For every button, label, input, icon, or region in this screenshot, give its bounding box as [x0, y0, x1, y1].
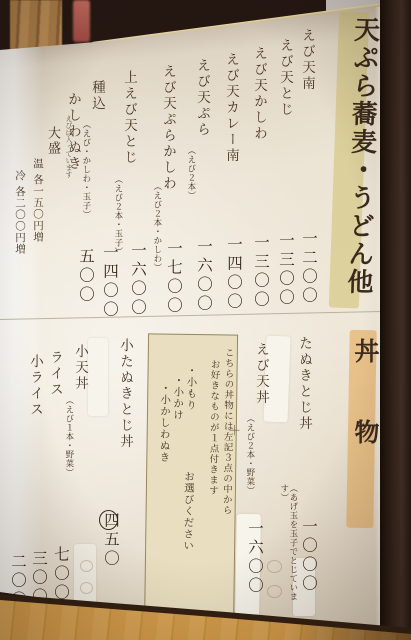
- info-box-closing: お選びください: [182, 471, 194, 552]
- oomori-hot-note: 温 各一五〇円増: [32, 158, 43, 243]
- menu-item-name: かしわぬき: [66, 92, 80, 172]
- menu-item-name: 上えび天とじ: [122, 70, 136, 256]
- menu-item-name: えび天南: [300, 28, 314, 92]
- menu-item-note: （えび・かしわ・玉子）: [81, 120, 90, 219]
- oomori-cold-note: 冷 各二〇〇円増: [14, 170, 25, 255]
- ghost-price-mark: [80, 582, 93, 594]
- menu-item-price: 一六〇〇: [130, 242, 146, 318]
- oomori-label: 大盛: [45, 126, 59, 156]
- menu-item-note: （あげ玉を玉子でとじています）: [279, 484, 297, 602]
- menu-item-name: ライス: [48, 350, 62, 398]
- menu-item-price: 一三〇〇: [253, 234, 269, 310]
- menu-item-note: （えび２本・野菜）: [245, 414, 254, 495]
- background-object: [73, 0, 90, 42]
- menu-item: 小天丼 （えび１本・野菜）: [64, 344, 87, 488]
- menu-item: えび天丼 （えび２本・野菜）: [245, 342, 268, 495]
- menu-item-name: えび天とじ: [278, 38, 292, 118]
- correction-tape: [88, 338, 108, 416]
- menu-item-price: 一六〇〇: [247, 520, 263, 596]
- menu-item-note: （えび２本）: [186, 146, 195, 200]
- menu-item-name: 種込: [90, 80, 104, 219]
- menu-item-name: 小たぬきとじ丼: [118, 338, 132, 450]
- menu-item-price: 一四〇〇: [226, 236, 242, 312]
- menu-item-note: （えび２本・かしわ）: [152, 182, 161, 277]
- info-box: こちらの丼物には左記３点の中から お好きなものが１点付きます ・小もり ・小かけ…: [144, 333, 238, 634]
- menu-item-name: えび天ぷら: [195, 58, 209, 200]
- menu-item: えび天ぷら （えび２本）: [186, 58, 209, 200]
- menu-item-name: えび天カレー南: [224, 52, 238, 164]
- plus-mark: ＋: [228, 420, 241, 439]
- menu-item-price: 七〇〇: [53, 546, 69, 603]
- info-box-line2: お好きなものが１点付きます: [207, 359, 219, 496]
- correction-tape: [74, 544, 96, 610]
- menu-item: 種込 （えび・かしわ・玉子）: [81, 80, 104, 219]
- menu-item-name: えび天丼: [254, 342, 268, 495]
- menu-item-price: 一七〇〇: [166, 240, 182, 316]
- menu-photo: 天ぷら蕎麦・うどん他 えび天南 えび天とじ えび天かしわ えび天カレー南 えび天…: [0, 0, 411, 640]
- menu-stand-right-edge: [380, 0, 411, 640]
- menu-page: 天ぷら蕎麦・うどん他 えび天南 えび天とじ えび天かしわ えび天カレー南 えび天…: [0, 0, 384, 640]
- menu-item-name: 小ライス: [28, 354, 42, 418]
- page-fold-line: [0, 311, 382, 320]
- menu-item-price: 一六〇〇: [196, 238, 212, 314]
- menu-item-name: えび天かしわ: [252, 46, 266, 142]
- section-title-tempura: 天ぷら蕎麦・うどん他: [343, 16, 378, 297]
- menu-item-price: 一二〇〇: [301, 230, 317, 306]
- menu-item-price: 一四〇〇: [102, 244, 118, 320]
- info-box-option: ・小もり: [185, 365, 197, 411]
- menu-item: 上えび天とじ （えび２本・玉子）: [113, 70, 136, 256]
- section-title-donburi: 丼物: [352, 338, 378, 500]
- info-box-option: ・小かけ: [172, 375, 184, 421]
- info-box-option: ・小かしわぬき: [158, 383, 170, 464]
- menu-item-note: （えび１本・野菜）: [64, 396, 73, 488]
- circled-price-mark: [99, 510, 118, 530]
- menu-item-price: 一〇〇〇: [301, 518, 317, 594]
- menu-item-price: 五〇〇: [78, 248, 94, 305]
- ghost-price-mark: [80, 560, 93, 572]
- menu-item-name: 小天丼: [73, 344, 87, 488]
- menu-item-price: 一三〇〇: [278, 232, 294, 308]
